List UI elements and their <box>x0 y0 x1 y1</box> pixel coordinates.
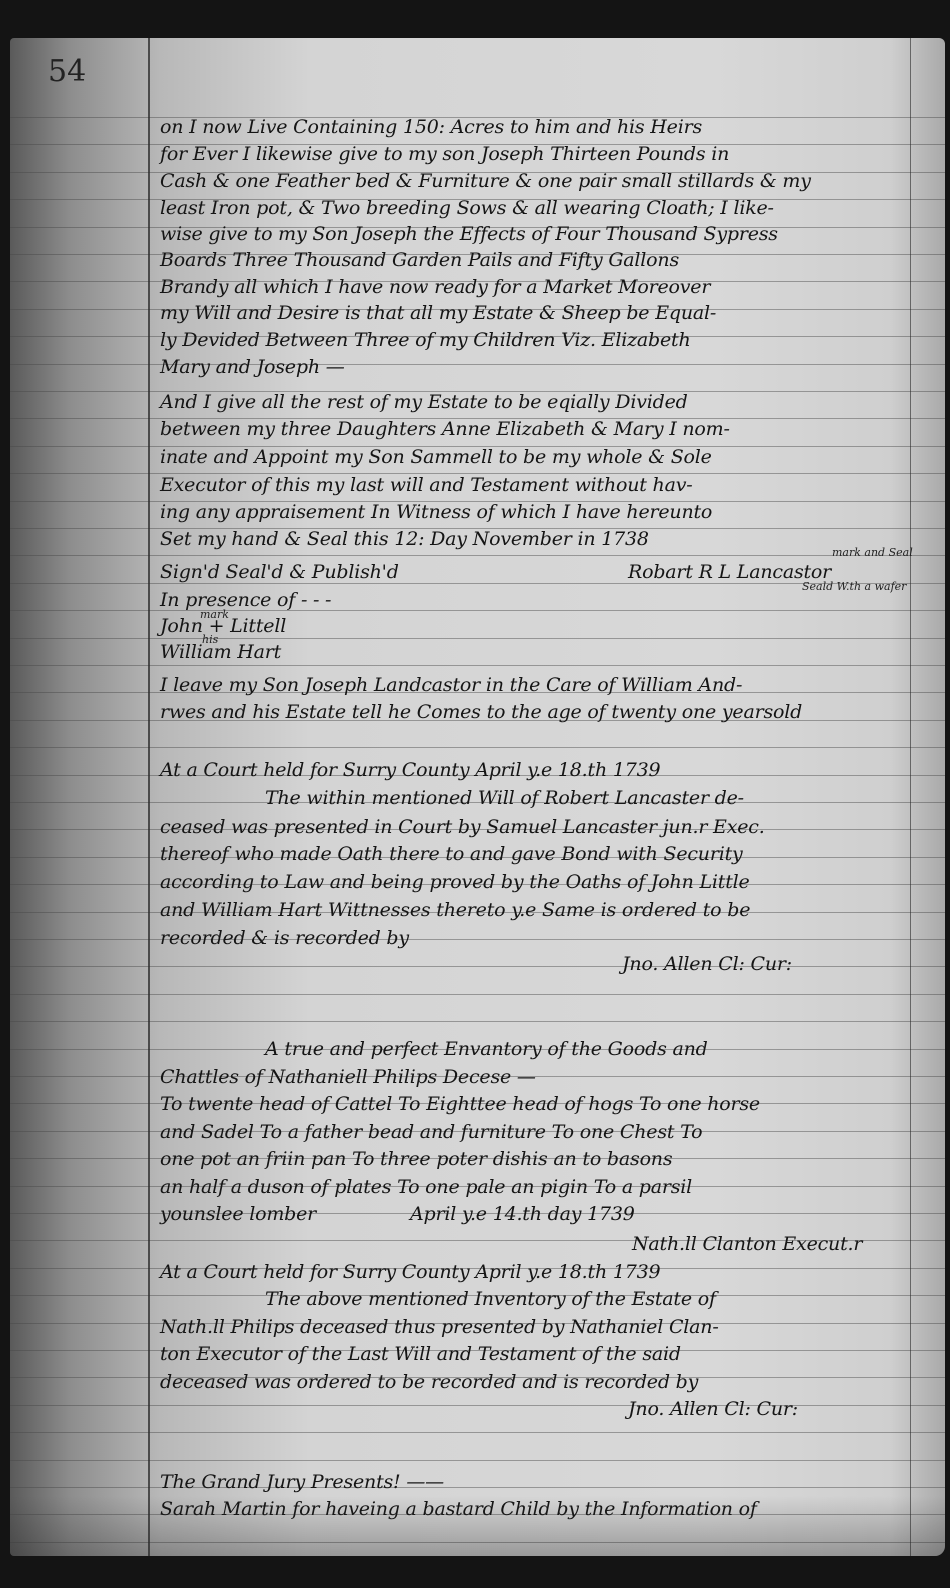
witness-mark-note: mark <box>200 608 229 621</box>
court-line: recorded & is recorded by <box>160 927 409 949</box>
right-margin-line <box>910 38 911 1556</box>
postscript-line: rwes and his Estate tell he Comes to the… <box>160 701 802 723</box>
court-line: ton Executor of the Last Will and Testam… <box>160 1343 681 1365</box>
presence-label: In presence of - - - <box>160 589 331 611</box>
grand-jury-heading: The Grand Jury Presents! —— <box>160 1471 444 1493</box>
inventory-line: younslee lomber <box>160 1203 316 1225</box>
will-line: ing any appraisement In Witness of which… <box>160 501 712 523</box>
court-heading: At a Court held for Surry County April y… <box>160 1261 660 1283</box>
inventory-line: one pot an friin pan To three poter dish… <box>160 1148 672 1170</box>
signed-label: Sign'd Seal'd & Publish'd <box>160 561 399 583</box>
will-line: Mary and Joseph — <box>160 356 345 378</box>
ruled-line <box>10 610 945 611</box>
ruled-line <box>10 555 945 556</box>
inventory-line: and Sadel To a father bead and furniture… <box>160 1121 702 1143</box>
court-line: deceased was ordered to be recorded and … <box>160 1371 698 1393</box>
court-line: thereof who made Oath there to and gave … <box>160 843 743 865</box>
ruled-line <box>10 939 945 940</box>
ruled-line <box>10 638 945 639</box>
court-line: The above mentioned Inventory of the Est… <box>265 1288 716 1310</box>
inventory-line: an half a duson of plates To one pale an… <box>160 1176 692 1198</box>
witness-william: William Hart <box>160 641 281 663</box>
will-line: wise give to my Son Joseph the Effects o… <box>160 223 778 245</box>
ruled-line <box>10 1487 945 1488</box>
will-line: Brandy all which I have now ready for a … <box>160 276 710 298</box>
will-line: And I give all the rest of my Estate to … <box>160 391 688 413</box>
ruled-line <box>10 1514 945 1515</box>
will-line: Executor of this my last will and Testam… <box>160 474 692 496</box>
postscript-line: I leave my Son Joseph Landcastor in the … <box>160 674 742 696</box>
ruled-line <box>10 364 945 365</box>
ruled-line <box>10 1021 945 1022</box>
will-line: Cash & one Feather bed & Furniture & one… <box>160 170 811 192</box>
ruled-line <box>10 1405 945 1406</box>
ruled-line <box>10 1542 945 1543</box>
will-line: Boards Three Thousand Garden Pails and F… <box>160 249 679 271</box>
will-line: for Ever I likewise give to my son Josep… <box>160 143 729 165</box>
testator-signature: Robart R L Lancastor <box>628 561 831 583</box>
will-line: least Iron pot, & Two breeding Sows & al… <box>160 197 774 219</box>
court-line: according to Law and being proved by the… <box>160 871 750 893</box>
executor-signature: Nath.ll Clanton Execut.r <box>632 1233 862 1255</box>
will-line: between my three Daughters Anne Elizabet… <box>160 418 730 440</box>
will-line: my Will and Desire is that all my Estate… <box>160 302 716 324</box>
ruled-line <box>10 1460 945 1461</box>
will-line: Set my hand & Seal this 12: Day November… <box>160 528 649 550</box>
grand-jury-line: Sarah Martin for haveing a bastard Child… <box>160 1498 757 1520</box>
clerk-signature: Jno. Allen Cl: Cur: <box>622 953 792 975</box>
inventory-line: Chattles of Nathaniell Philips Decese — <box>160 1066 536 1088</box>
will-line: ly Devided Between Three of my Children … <box>160 329 691 351</box>
inventory-line: To twente head of Cattel To Eighttee hea… <box>160 1093 760 1115</box>
ruled-line <box>10 747 945 748</box>
will-line: on I now Live Containing 150: Acres to h… <box>160 116 702 138</box>
court-line: The within mentioned Will of Robert Lanc… <box>265 787 744 809</box>
seal-note: Seald W.th a wafer <box>802 580 906 593</box>
inventory-date: April y.e 14.th day 1739 <box>410 1203 635 1225</box>
inventory-line: A true and perfect Envantory of the Good… <box>265 1038 708 1060</box>
ruled-line <box>10 994 945 995</box>
court-line: ceased was presented in Court by Samuel … <box>160 816 765 838</box>
clerk-signature: Jno. Allen Cl: Cur: <box>628 1398 798 1420</box>
will-line: inate and Appoint my Son Sammell to be m… <box>160 446 712 468</box>
ledger-page: 54 on I now Live Containing 150: Acres t… <box>10 38 945 1556</box>
page-number: 54 <box>48 54 86 89</box>
court-line: Nath.ll Philips deceased thus presented … <box>160 1316 719 1338</box>
left-margin-line <box>148 38 150 1556</box>
mark-note: mark and Seal <box>832 546 913 559</box>
ruled-line <box>10 966 945 967</box>
ruled-line <box>10 1432 945 1433</box>
ruled-line <box>10 665 945 666</box>
court-heading: At a Court held for Surry County April y… <box>160 759 660 781</box>
court-line: and William Hart Wittnesses thereto y.e … <box>160 899 750 921</box>
